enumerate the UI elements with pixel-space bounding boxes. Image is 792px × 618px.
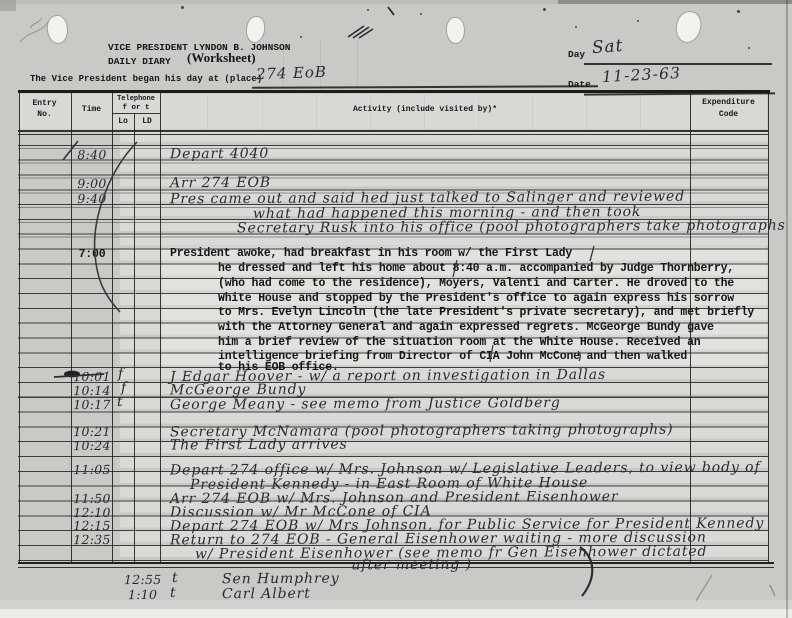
dust-speck — [420, 13, 422, 15]
place-label: The Vice President began his day at (pla… — [30, 74, 262, 84]
dust-speck — [637, 20, 639, 22]
dust-speck — [181, 6, 184, 9]
entry-activity-line: after meeting ) — [352, 557, 472, 574]
date-value: 11-23-63 — [602, 64, 682, 86]
form-title-worksheet: (Worksheet) — [187, 50, 256, 66]
punch-hole — [45, 14, 70, 46]
footer-note-time: 1:10 — [128, 587, 157, 602]
entry-time: 7:00 — [72, 248, 112, 261]
entry-activity-line: Depart 4040 — [170, 146, 269, 163]
col-header-ld: LD — [134, 117, 160, 126]
col-line-phone-activity — [160, 90, 161, 562]
footer-note-text: Sen Humphrey — [222, 571, 340, 588]
col-header-entry-line1: Entry — [18, 99, 71, 108]
entry-phone-mark: t — [117, 394, 124, 410]
entry-activity-line: George Meany - see memo from Justice Gol… — [170, 395, 561, 413]
scan-bottom-edge — [0, 609, 792, 618]
entry-time: 9:40 — [72, 191, 112, 206]
col-header-telephone-line2: f or t — [112, 104, 160, 112]
punch-hole — [673, 9, 703, 45]
header-underline-1 — [18, 130, 768, 132]
top-right-scribble — [348, 26, 373, 38]
footer-note-phone-mark: t — [172, 570, 179, 586]
date-label: Date — [568, 79, 591, 90]
col-header-expenditure-line2: Code — [690, 110, 767, 119]
entry-activity-line: Secretary Rusk into his office (pool pho… — [237, 217, 786, 236]
col-header-activity: Activity (include visited by)* — [160, 105, 690, 114]
form-title-line2: DAILY DIARY — [108, 56, 171, 67]
entry-time: 10:01 — [72, 369, 112, 384]
entry-time: 10:17 — [72, 397, 112, 412]
col-line-time-phone — [112, 90, 113, 562]
header-underline-2 — [18, 134, 768, 135]
dust-speck — [748, 47, 750, 49]
col-header-telephone-line1: Telephone — [112, 95, 160, 103]
entry-activity-line: to Mrs. Evelyn Lincoln (the late Preside… — [218, 306, 754, 319]
faint-vertical — [357, 38, 358, 90]
dust-speck — [367, 9, 369, 11]
dust-speck — [575, 26, 577, 28]
place-underline — [252, 85, 598, 88]
entry-activity-line: with the Attorney General and again expr… — [218, 321, 714, 334]
entry-activity-line: Arr 274 EOB — [170, 175, 271, 192]
entry-activity-line: President awoke, had breakfast in his ro… — [170, 247, 572, 260]
footer-note-phone-mark: t — [170, 585, 177, 601]
entry-time: 10:21 — [72, 424, 112, 439]
table-left-edge — [19, 90, 20, 562]
day-value: Sat — [591, 36, 624, 58]
day-label: Day — [568, 49, 585, 60]
entry-time: 8:40 — [72, 147, 112, 162]
entry-time: 12:35 — [72, 532, 112, 547]
scan-top-left-corner — [0, 0, 16, 11]
col-header-lo: Lo — [112, 117, 134, 126]
entry-time: 10:24 — [72, 438, 112, 453]
entry-activity-line: White House and stopped by the President… — [218, 292, 734, 305]
top-tick-mark — [388, 7, 394, 15]
corner-scribble — [20, 18, 48, 42]
table-right-edge — [768, 90, 769, 562]
footer-note-time: 12:55 — [124, 572, 162, 587]
entry-activity-line: he dressed and left his home about 8:40 … — [218, 262, 734, 275]
col-line-lo-ld — [134, 113, 135, 563]
entry-time: 12:15 — [72, 518, 112, 533]
scan-top-right-edge — [558, 0, 792, 4]
scanned-document-page: VICE PRESIDENT LYNDON B. JOHNSON DAILY D… — [0, 0, 792, 618]
place-value: 274 EoB — [256, 63, 327, 83]
entry-time: 11:50 — [72, 491, 112, 506]
entry-time: 9:00 — [72, 176, 112, 191]
dust-speck — [737, 10, 740, 13]
entry-time: 10:14 — [72, 383, 112, 398]
col-header-time: Time — [71, 105, 112, 114]
punch-hole — [245, 15, 266, 44]
dust-speck — [610, 45, 612, 47]
entry-activity-line: him a brief review of the situation room… — [218, 336, 700, 349]
dust-speck — [300, 36, 302, 38]
entry-activity-line: The First Lady arrives — [170, 437, 348, 454]
entry-time: 11:05 — [72, 462, 112, 477]
bottom-faint-stroke — [696, 575, 712, 601]
footer-note-text: Carl Albert — [222, 586, 311, 602]
telephone-subline — [112, 113, 160, 114]
col-header-entry-line2: No. — [18, 110, 71, 119]
scan-right-edge — [786, 0, 788, 618]
entry-activity-line: (who had come to the residence), Moyers,… — [218, 277, 734, 290]
bottom-right-mark — [770, 585, 775, 596]
punch-hole — [445, 16, 466, 44]
dust-speck — [543, 8, 546, 11]
col-header-expenditure-line1: Expenditure — [690, 98, 767, 107]
